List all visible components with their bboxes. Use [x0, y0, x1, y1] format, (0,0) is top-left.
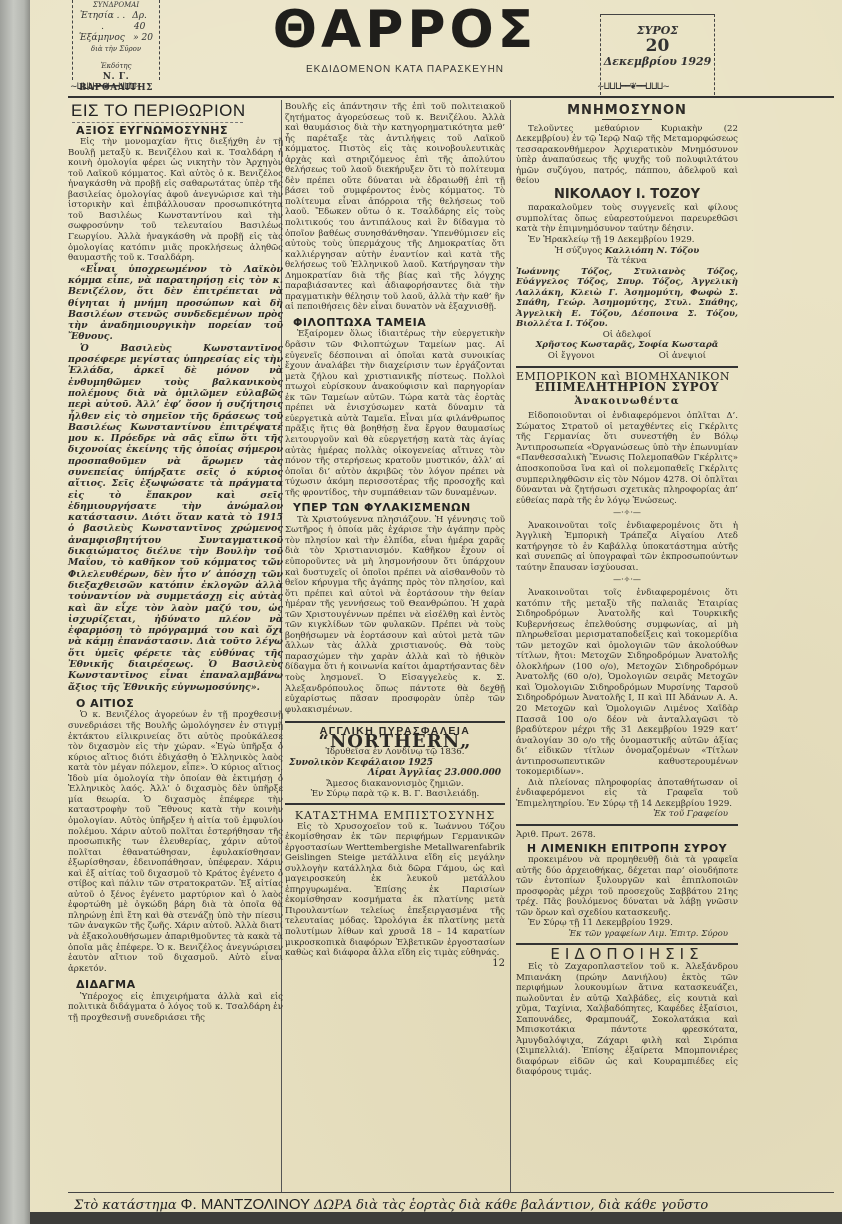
memorial-wife: Ἡ σύζυγος Καλλιόπη Ν. Τόζου — [516, 246, 738, 257]
article-quote: Ὁ Βασιλεὺς Κωνσταντῖνος προσέφερε μεγίστ… — [68, 343, 283, 693]
chamber-subhead: Ἀνακοινωθέντα — [516, 397, 738, 408]
section-title: ΕΙΣ ΤΟ ΠΕΡΙΘΩΡΙΟΝ — [71, 106, 283, 117]
port-signature: Ἐκ τῶν γραφείων Λιμ. Ἐπιτρ. Σύρου — [516, 929, 728, 940]
port-heading: Η ΛΙΜΕΝΙΚΗ ΕΠΙΤΡΟΠΗ ΣΥΡΟΥ — [516, 844, 738, 855]
article-heading-fylakismenon: ΥΠΕΡ ΤΩΝ ΦΥΛΑΚΙΣΜΕΝΩΝ — [293, 503, 505, 514]
article-paragraph: Ὑπέροχος εἰς ἐπιχειρήματα ἀλλὰ καὶ εἰς π… — [68, 992, 283, 1024]
book-binding — [0, 0, 30, 1224]
subscription-row-annual: Ἐτησία . . . Δρ. 40 — [73, 11, 159, 33]
shop-ad-heading: ΚΑΤΑΣΤΗΜΑ ΕΜΠΙΣΤΟΣΥΝΗΣ — [285, 811, 505, 822]
article-paragraph: Ὁ κ. Βενιζέλος ἀγορεύων ἐν τῇ προχθεσινῇ… — [68, 710, 283, 974]
footer-lead: Στὸ κατάστημα — [74, 1198, 177, 1212]
chamber-signature: Ἐκ τοῦ Γραφείου — [516, 809, 728, 820]
notice-heading: ΕΙΔΟΠΟΙΗΣΙΣ — [516, 949, 738, 960]
port-protocol: Ἀριθ. Πρωτ. 2678. — [516, 830, 738, 841]
publisher-label: Ἐκδότης — [73, 61, 159, 72]
insurance-ad-capital-label: Συνολικὸν Κεφάλαιον 1925 — [289, 758, 501, 769]
masthead-rule — [68, 96, 834, 98]
memorial-siblings-label: Οἱ ἀδελφοί — [516, 330, 738, 341]
column-1: ΕΙΣ ΤΟ ΠΕΡΙΘΩΡΙΟΝ ΑΞΙΟΣ ΕΥΓΝΩΜΟΣΥΝΗΣ Εἰς… — [68, 100, 283, 1023]
port-date: Ἐν Σύρῳ τῇ 11 Δεκεμβρίου 1929. — [516, 918, 738, 929]
insurance-ad-capital-value: Λίραι Ἀγγλίας 23.000.000 — [289, 768, 501, 779]
memorial-heading: ΜΝΗΜΟΣΥΝΟΝ — [516, 106, 738, 117]
memorial-rule — [602, 119, 652, 120]
ornament-right-icon: ~ⵡⵡⵡ━━❦━━ⵡⵡⵡ~ — [597, 82, 669, 92]
footer-ad: Στὸ κατάστημα Φ. ΜΑΝΤΖΟΛΙΝΟΥ ΔΩΡΑ διὰ τὰ… — [74, 1196, 834, 1212]
section-rule — [516, 824, 738, 826]
column-2: Βουλῆς εἰς ἀπάντησιν τῆς ἐπὶ τοῦ πολιτει… — [285, 100, 505, 969]
ad-number: 12 — [492, 959, 505, 970]
footer-gifts: ΔΩΡΑ — [314, 1198, 352, 1212]
port-body: προκειμένου νὰ προμηθευθῇ διὰ τὰ γραφεῖα… — [516, 855, 738, 918]
memorial-children: Ἰωάννης Τόζος, Στυλιανὸς Τόζος, Εὐάγγελο… — [516, 267, 738, 330]
article-heading-aitios: Ο ΑΙΤΙΟΣ — [76, 699, 283, 710]
insurance-ad: ΑΓΓΛΙΚΗ ΠΥΡΑΣΦΑΛΕΙΑ “NORTHERN„ Ἱδρυθεῖσα… — [285, 721, 505, 805]
newspaper-subtitle: ΕΚΔΙΔΟΜΕΝΟΝ ΚΑΤΑ ΠΑΡΑΣΚΕΥΗΝ — [270, 64, 540, 75]
newspaper-page: ΣΥΝΔΡΟΜΑΙ Ἐτησία . . . Δρ. 40 Ἑξάμηνος »… — [30, 0, 842, 1212]
memorial-intro: Τελοῦντες μεθαύριον Κυριακὴν (22 Δεκεμβρ… — [516, 124, 738, 187]
subscription-note: διὰ τὴν Σῦρον — [73, 44, 159, 55]
footer-rule — [68, 1192, 834, 1193]
footer-tagline: διὰ τὰς ἑορτὰς διὰ κάθε βαλάντιον, διὰ κ… — [356, 1198, 708, 1212]
memorial-children-label: Τὰ τέκνα — [516, 256, 738, 267]
separator-icon: —·✧·— — [516, 575, 738, 586]
date-day: 20 — [601, 36, 714, 56]
chamber-paragraph: Διὰ πλείονας πληροφορίας ἀποταθήτωσαν οἱ… — [516, 778, 738, 810]
subscription-ear: ΣΥΝΔΡΟΜΑΙ Ἐτησία . . . Δρ. 40 Ἑξάμηνος »… — [72, 0, 160, 80]
memorial-request: παρακαλοῦμεν τοὺς συγγενεῖς καὶ φίλους σ… — [516, 203, 738, 235]
insurance-ad-agent: Ἐν Σύρῳ παρὰ τῷ κ. Β. Γ. Βασιλειάδῃ. — [289, 789, 501, 800]
memorial-place-date: Ἐν Ἡρακλείῳ τῇ 19 Δεκεμβρίου 1929. — [516, 235, 738, 246]
article-heading-didagma: ΔΙΔΑΓΜΑ — [76, 980, 283, 991]
ornament-left-icon: ~ⵡⵡⵡ━━❦━━ⵡⵡⵡ~ — [70, 82, 142, 92]
article-heading-filoptoxa: ΦΙΛΟΠΤΩΧΑ ΤΑΜΕΙΑ — [293, 318, 505, 329]
article-paragraph: Ἐξαίρομεν ὅλως ἰδιαιτέρως τὴν εὐεργετικὴ… — [285, 329, 505, 498]
shop-ad-body: Εἰς τὸ Χρυσοχοεῖον τοῦ κ. Ἰωάννου Τόζου … — [285, 822, 505, 959]
insurance-ad-brand: “NORTHERN„ — [289, 737, 501, 748]
memorial-relatives: Οἱ ἔγγονοι Οἱ ἀνεψιοί — [516, 351, 738, 362]
memorial-name: ΝΙΚΟΛΑΟΥ Ι. ΤΟΖΟΥ — [516, 190, 738, 201]
date-month-year: Δεκεμβρίου 1929 — [601, 56, 714, 67]
subscription-row-semiannual: Ἑξάμηνος » 20 — [73, 33, 159, 44]
newspaper-title: ΘΑΡΡΟΣ — [215, 4, 595, 56]
chamber-heading-line2: ΕΠΙΜΕΛΗΤΗΡΙΟΝ ΣΥΡΟΥ — [516, 382, 738, 393]
section-rule — [516, 366, 738, 368]
footer-shop-name: Φ. ΜΑΝΤΖΟΛΙΝΟΥ — [181, 1196, 311, 1212]
memorial-siblings: Χρῆστος Κωσταρᾶς, Σοφία Κωσταρᾶ — [516, 340, 738, 351]
article-continuation: Βουλῆς εἰς ἀπάντησιν τῆς ἐπὶ τοῦ πολιτει… — [285, 102, 505, 313]
insurance-ad-claims: Ἄμεσος διακανονισμὸς ζημιῶν. — [289, 779, 501, 790]
column-3: ΜΝΗΜΟΣΥΝΟΝ Τελοῦντες μεθαύριον Κυριακὴν … — [516, 100, 738, 1078]
page-bottom-edge — [30, 1212, 842, 1224]
column-divider-2 — [510, 100, 511, 1192]
article-paragraph: Τὰ Χριστούγεννα πλησιάζουν. Ἡ γέννησις τ… — [285, 515, 505, 715]
article-paragraph: Εἰς τὴν μονομαχίαν ἥτις διεξήχθη ἐν τῇ Β… — [68, 137, 283, 264]
date-city: ΣΥΡΟΣ — [601, 25, 714, 36]
chamber-paragraph: Ἀνακοινοῦται τοῖς ἐνδιαφερομένοις ὅτι ἡ … — [516, 521, 738, 574]
separator-icon: —·✧·— — [516, 508, 738, 519]
chamber-paragraph: Εἰδοποιοῦνται οἱ ἐνδιαφερόμενοι ὁπλῖται … — [516, 411, 738, 506]
chamber-paragraph: Ἀνακοινοῦται τοῖς ἐνδιαφερομένοις ὅτι κα… — [516, 588, 738, 778]
subscription-heading: ΣΥΝΔΡΟΜΑΙ — [73, 0, 159, 11]
article-heading-axios: ΑΞΙΟΣ ΕΥΓΝΩΜΟΣΥΝΗΣ — [76, 126, 283, 137]
notice-body: Εἰς τὸ Ζαχαροπλαστεῖον τοῦ κ. Ἀλεξάνδρου… — [516, 962, 738, 1078]
article-quote: «Εἶναι ὑποχρεωμένον τὸ Λαϊκὸν κόμμα εἶπε… — [68, 264, 283, 343]
